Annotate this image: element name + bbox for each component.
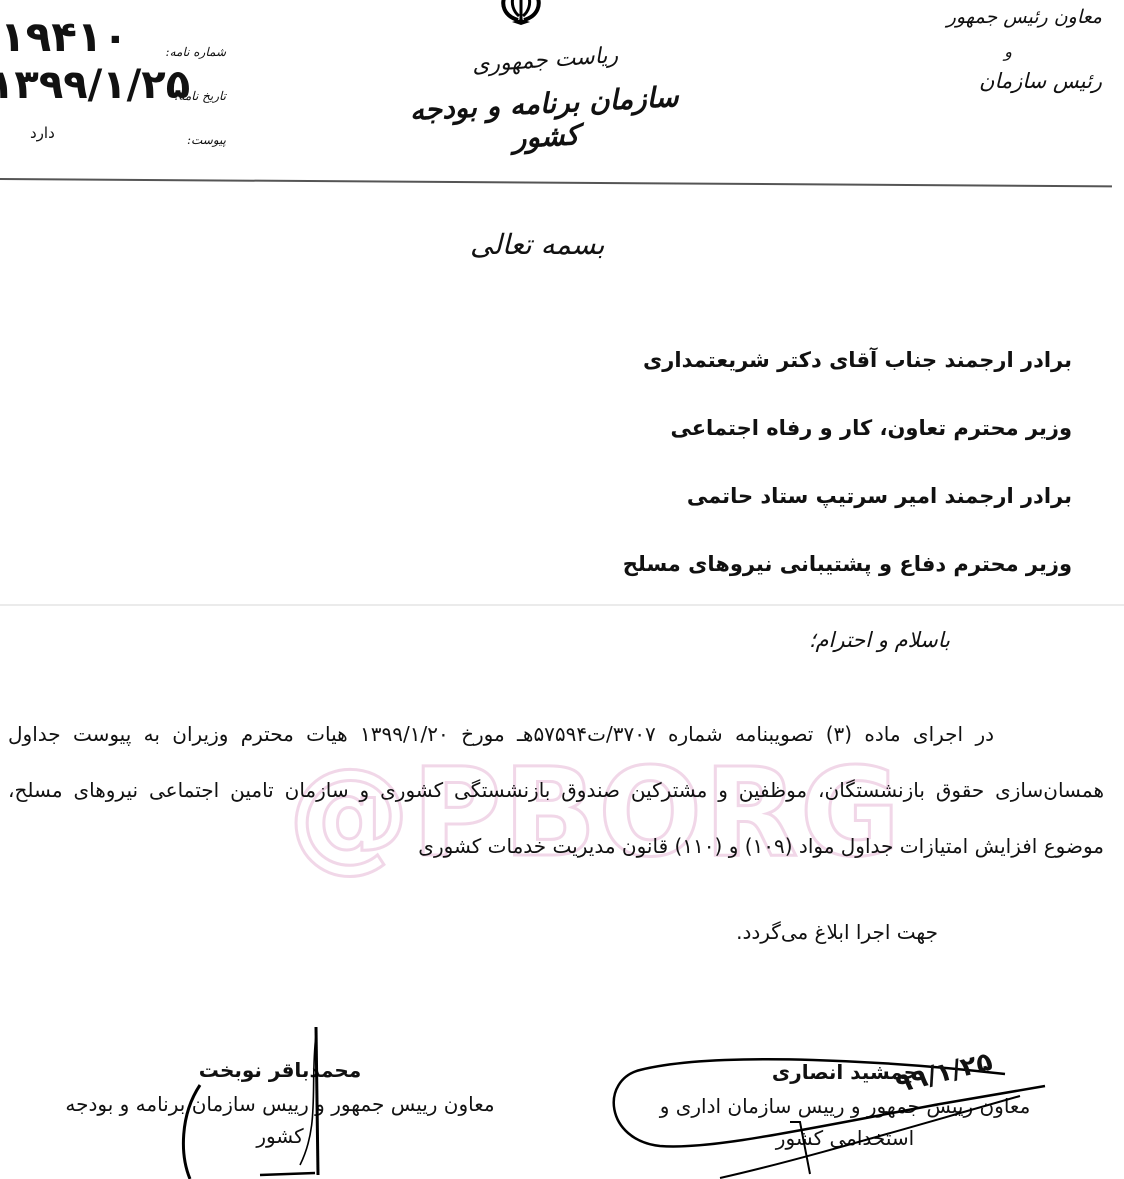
sender-title-line2: رئیس سازمان <box>902 69 1102 93</box>
signatory-title-cont: کشور <box>0 1124 560 1148</box>
body-paragraph: در اجرای ماده (۳) تصویبنامه شماره ۳۷۰۷/ت… <box>8 722 1104 858</box>
letter-number: ۱۹۴۱۰ <box>0 12 128 61</box>
letter-date: ۱۳۹۹/۱/۲۵ <box>0 62 190 108</box>
organization-name: سازمان برنامه و بودجه کشور <box>378 78 711 161</box>
addressee-line: وزیر محترم دفاع و پشتیبانی نیروهای مسلح <box>623 552 1072 620</box>
sender-title-block: معاون رئیس جمهور و رئیس سازمان <box>902 6 1102 93</box>
addressee-block: برادر ارجمند جناب آقای دکتر شریعتمداری و… <box>623 348 1072 620</box>
presidency-title: ریاست جمهوری <box>471 43 619 78</box>
iran-emblem-icon <box>498 0 544 26</box>
addressee-line: وزیر محترم تعاون، کار و رفاه اجتماعی <box>623 416 1072 484</box>
sender-title-line1: معاون رئیس جمهور <box>902 6 1102 28</box>
signatory-title: معاون رییس جمهور و رییس سازمان برنامه و … <box>0 1092 560 1116</box>
scan-seam <box>0 604 1124 606</box>
salutation: باسلام و احترام؛ <box>809 628 950 652</box>
sender-title-conjunction: و <box>902 42 1102 61</box>
letterhead-center: ریاست جمهوری سازمان برنامه و بودجه کشور <box>380 48 710 153</box>
letter-body: در اجرای ماده (۳) تصویبنامه شماره ۳۷۰۷/ت… <box>8 706 1104 874</box>
closing-line: جهت اجرا ابلاغ می‌گردد. <box>736 920 938 944</box>
attachment-value: دارد <box>30 124 55 142</box>
invocation: بسمه تعالی <box>470 228 605 261</box>
signatory-name: محمدباقر نوبخت <box>0 1058 560 1082</box>
signatory-title: معاون رییس جمهور و رییس سازمان اداری و <box>590 1094 1100 1118</box>
addressee-line: برادر ارجمند امیر سرتیپ ستاد حاتمی <box>623 484 1072 552</box>
signatory-title-cont: استخدامی کشور <box>590 1126 1100 1150</box>
addressee-line: برادر ارجمند جناب آقای دکتر شریعتمداری <box>623 348 1072 416</box>
signatory-name: جمشید انصاری <box>590 1060 1100 1084</box>
header-divider <box>0 178 1112 187</box>
attachment-label: پیوست: <box>156 118 226 162</box>
signature-block-ansari: جمشید انصاری معاون رییس جمهور و رییس ساز… <box>590 1060 1100 1150</box>
signature-block-nobakht: محمدباقر نوبخت معاون رییس جمهور و رییس س… <box>0 1058 560 1148</box>
